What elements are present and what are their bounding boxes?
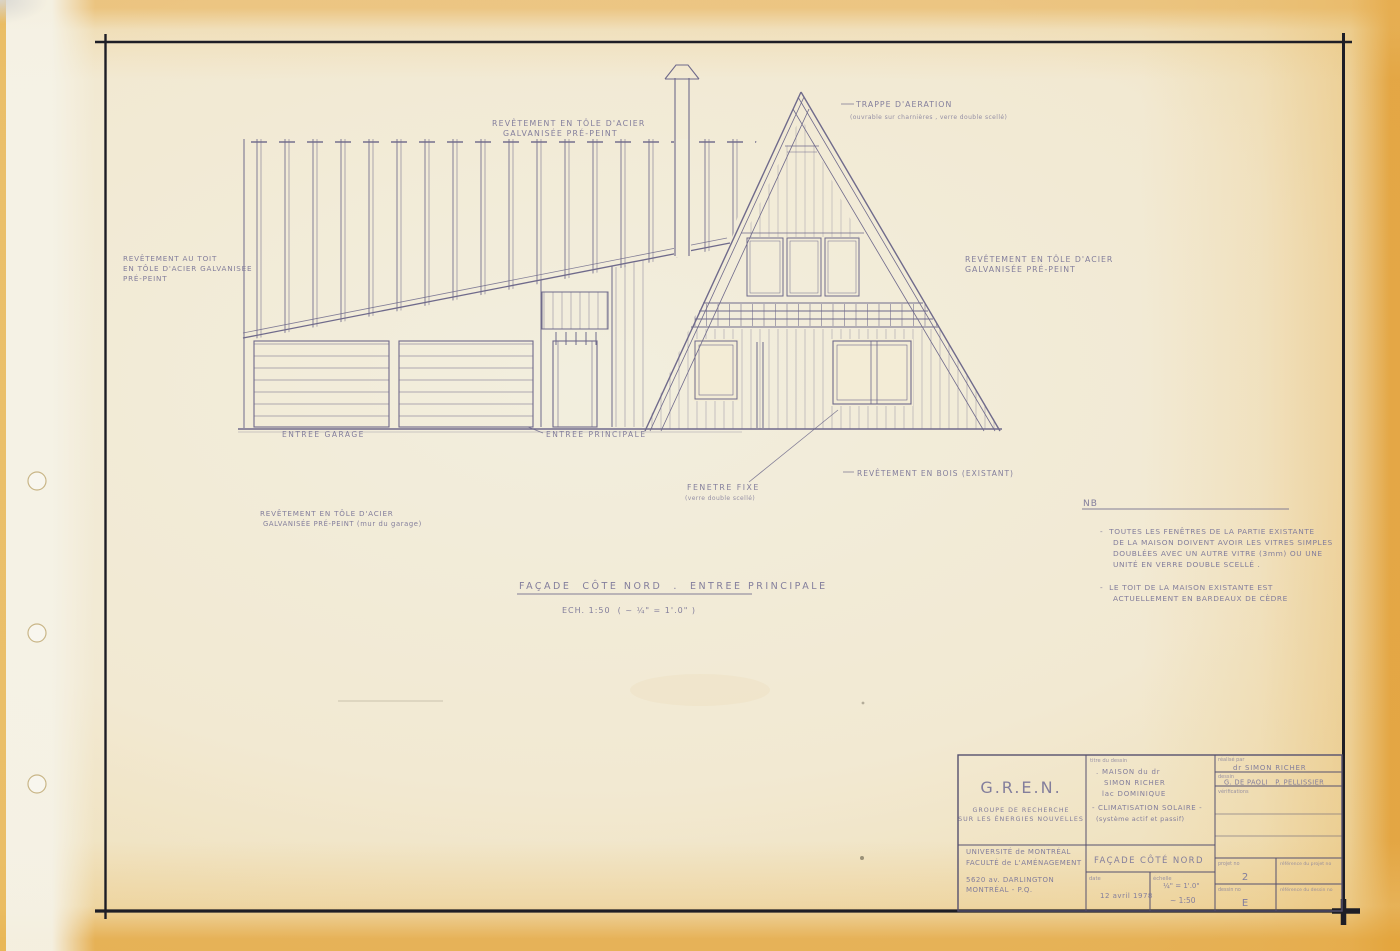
ref-dessin-label: référence du dessin no bbox=[1280, 886, 1333, 893]
nb-note1-line: DE LA MAISON DOIVENT AVOIR LES VITRES SI… bbox=[1113, 538, 1333, 547]
label-right-wall: REVÊTEMENT EN TÔLE D'ACIER bbox=[965, 255, 1113, 264]
titre-line: SIMON RICHER bbox=[1104, 779, 1166, 787]
scanned-architectural-drawing: REVÊTEMENT EN TÔLE D'ACIER GALVANISÉE PR… bbox=[0, 0, 1400, 951]
titre-line: (système actif et passif) bbox=[1096, 815, 1185, 823]
upper-window bbox=[787, 238, 821, 296]
drawing-scale: ECH. 1:50 ( ~ ¼" = 1'.0" ) bbox=[562, 606, 696, 615]
nb-notes: NB - TOUTES LES FENÊTRES DE LA PARTIE EX… bbox=[1083, 499, 1333, 603]
label-left-roof-2: EN TÔLE D'ACIER GALVANISÉE bbox=[123, 264, 252, 273]
punch-hole bbox=[28, 472, 46, 490]
label-revetement-bois: REVÊTEMENT EN BOIS (EXISTANT) bbox=[857, 469, 1014, 478]
institution-line: 5620 av. DARLINGTON bbox=[966, 876, 1054, 884]
label-left-roof: REVÊTEMENT AU TOIT bbox=[123, 254, 217, 263]
punch-holes bbox=[28, 472, 46, 793]
echelle-line: ~ 1:50 bbox=[1170, 896, 1196, 905]
drawing-title: FAÇADE CÔTE NORD . ENTREE PRINCIPALE bbox=[519, 580, 828, 592]
titre-line: - CLIMATISATION SOLAIRE - bbox=[1092, 804, 1202, 812]
date-value: 12 avril 1978 bbox=[1100, 892, 1153, 900]
echelle-label: échelle bbox=[1153, 875, 1172, 882]
org-name-line: SUR LES ÉNERGIES NOUVELLES bbox=[958, 814, 1084, 823]
org-acronym: G.R.E.N. bbox=[980, 778, 1061, 797]
org-name-line: GROUPE DE RECHERCHE bbox=[972, 807, 1069, 814]
facade-drawing bbox=[238, 65, 1289, 594]
titre-label: titre du dessin bbox=[1090, 758, 1127, 764]
drawing-canvas: REVÊTEMENT EN TÔLE D'ACIER GALVANISÉE PR… bbox=[0, 0, 1400, 951]
label-roof-cladding-top: REVÊTEMENT EN TÔLE D'ACIER bbox=[492, 119, 646, 128]
label-entree-principale: ENTREE PRINCIPALE bbox=[546, 430, 647, 439]
drawing-name: FAÇADE CÔTÉ NORD bbox=[1094, 854, 1204, 866]
garage-door-left bbox=[254, 341, 389, 427]
label-garage-wall: REVÊTEMENT EN TÔLE D'ACIER bbox=[260, 509, 394, 518]
label-entree-garage: ENTREE GARAGE bbox=[282, 430, 365, 439]
upper-window bbox=[825, 238, 859, 296]
ref-projet-label: référence du projet no bbox=[1280, 860, 1331, 867]
dessinateur-value: G. DE PAOLI P. PELLISSIER bbox=[1224, 779, 1324, 787]
paper-blemishes bbox=[338, 674, 864, 860]
dessin-no-value: E bbox=[1242, 898, 1248, 909]
nb-note1-line: - TOUTES LES FENÊTRES DE LA PARTIE EXIST… bbox=[1100, 527, 1315, 536]
titre-line: . MAISON du dr bbox=[1096, 768, 1160, 776]
date-label: date bbox=[1089, 876, 1101, 882]
entrance-door bbox=[553, 341, 597, 427]
label-fenetre-fixe: FENETRE FIXE bbox=[687, 483, 760, 492]
nb-note2-line: - LE TOIT DE LA MAISON EXISTANTE EST bbox=[1100, 583, 1273, 592]
label-right-wall-2: GALVANISÉE PRÉ-PEINT bbox=[965, 265, 1076, 274]
nb-note2-line: ACTUELLEMENT EN BARDEAUX DE CÈDRE bbox=[1113, 594, 1288, 603]
institution-line: FACULTÉ de L'AMÉNAGEMENT bbox=[966, 858, 1082, 867]
garage-door-right bbox=[399, 341, 533, 427]
nb-note1-line: DOUBLÉES AVEC UN AUTRE VITRE (3mm) OU UN… bbox=[1113, 549, 1323, 558]
label-roof-cladding-top-2: GALVANISÉE PRÉ-PEINT bbox=[503, 129, 618, 138]
projet-no-label: projet no bbox=[1218, 861, 1240, 867]
institution-line: UNIVERSITÉ de MONTRÉAL bbox=[966, 847, 1071, 856]
label-left-roof-3: PRÉ-PEINT bbox=[123, 274, 167, 283]
titre-line: lac DOMINIQUE bbox=[1102, 790, 1166, 798]
realise-label: réalisé par bbox=[1218, 756, 1245, 763]
title-block: G.R.E.N. GROUPE DE RECHERCHE SUR LES ÉNE… bbox=[958, 755, 1342, 911]
echelle-line: ¼" = 1'.0" bbox=[1163, 882, 1200, 890]
entrance-transom bbox=[542, 292, 608, 329]
institution-line: MONTRÉAL - P.Q. bbox=[966, 885, 1033, 894]
punch-hole bbox=[28, 775, 46, 793]
label-trappe-aeration-2: (ouvrable sur charnières , verre double … bbox=[850, 114, 1007, 121]
nb-label: NB bbox=[1083, 499, 1098, 509]
nb-note1-line: UNITÉ EN VERRE DOUBLE SCELLÉ . bbox=[1113, 560, 1260, 569]
upper-window bbox=[747, 238, 783, 296]
dessin-no-label: dessin no bbox=[1218, 887, 1241, 893]
projet-no-value: 2 bbox=[1242, 872, 1248, 883]
label-garage-wall-2: GALVANISÉE PRÉ-PEINT (mur du garage) bbox=[263, 519, 422, 528]
verifications-label: vérifications bbox=[1218, 788, 1249, 795]
label-fenetre-fixe-2: (verre double scellé) bbox=[685, 495, 755, 502]
realise-value: dr SIMON RICHER bbox=[1233, 764, 1306, 772]
label-trappe-aeration: TRAPPE D'AERATION bbox=[855, 100, 952, 109]
punch-hole bbox=[28, 624, 46, 642]
